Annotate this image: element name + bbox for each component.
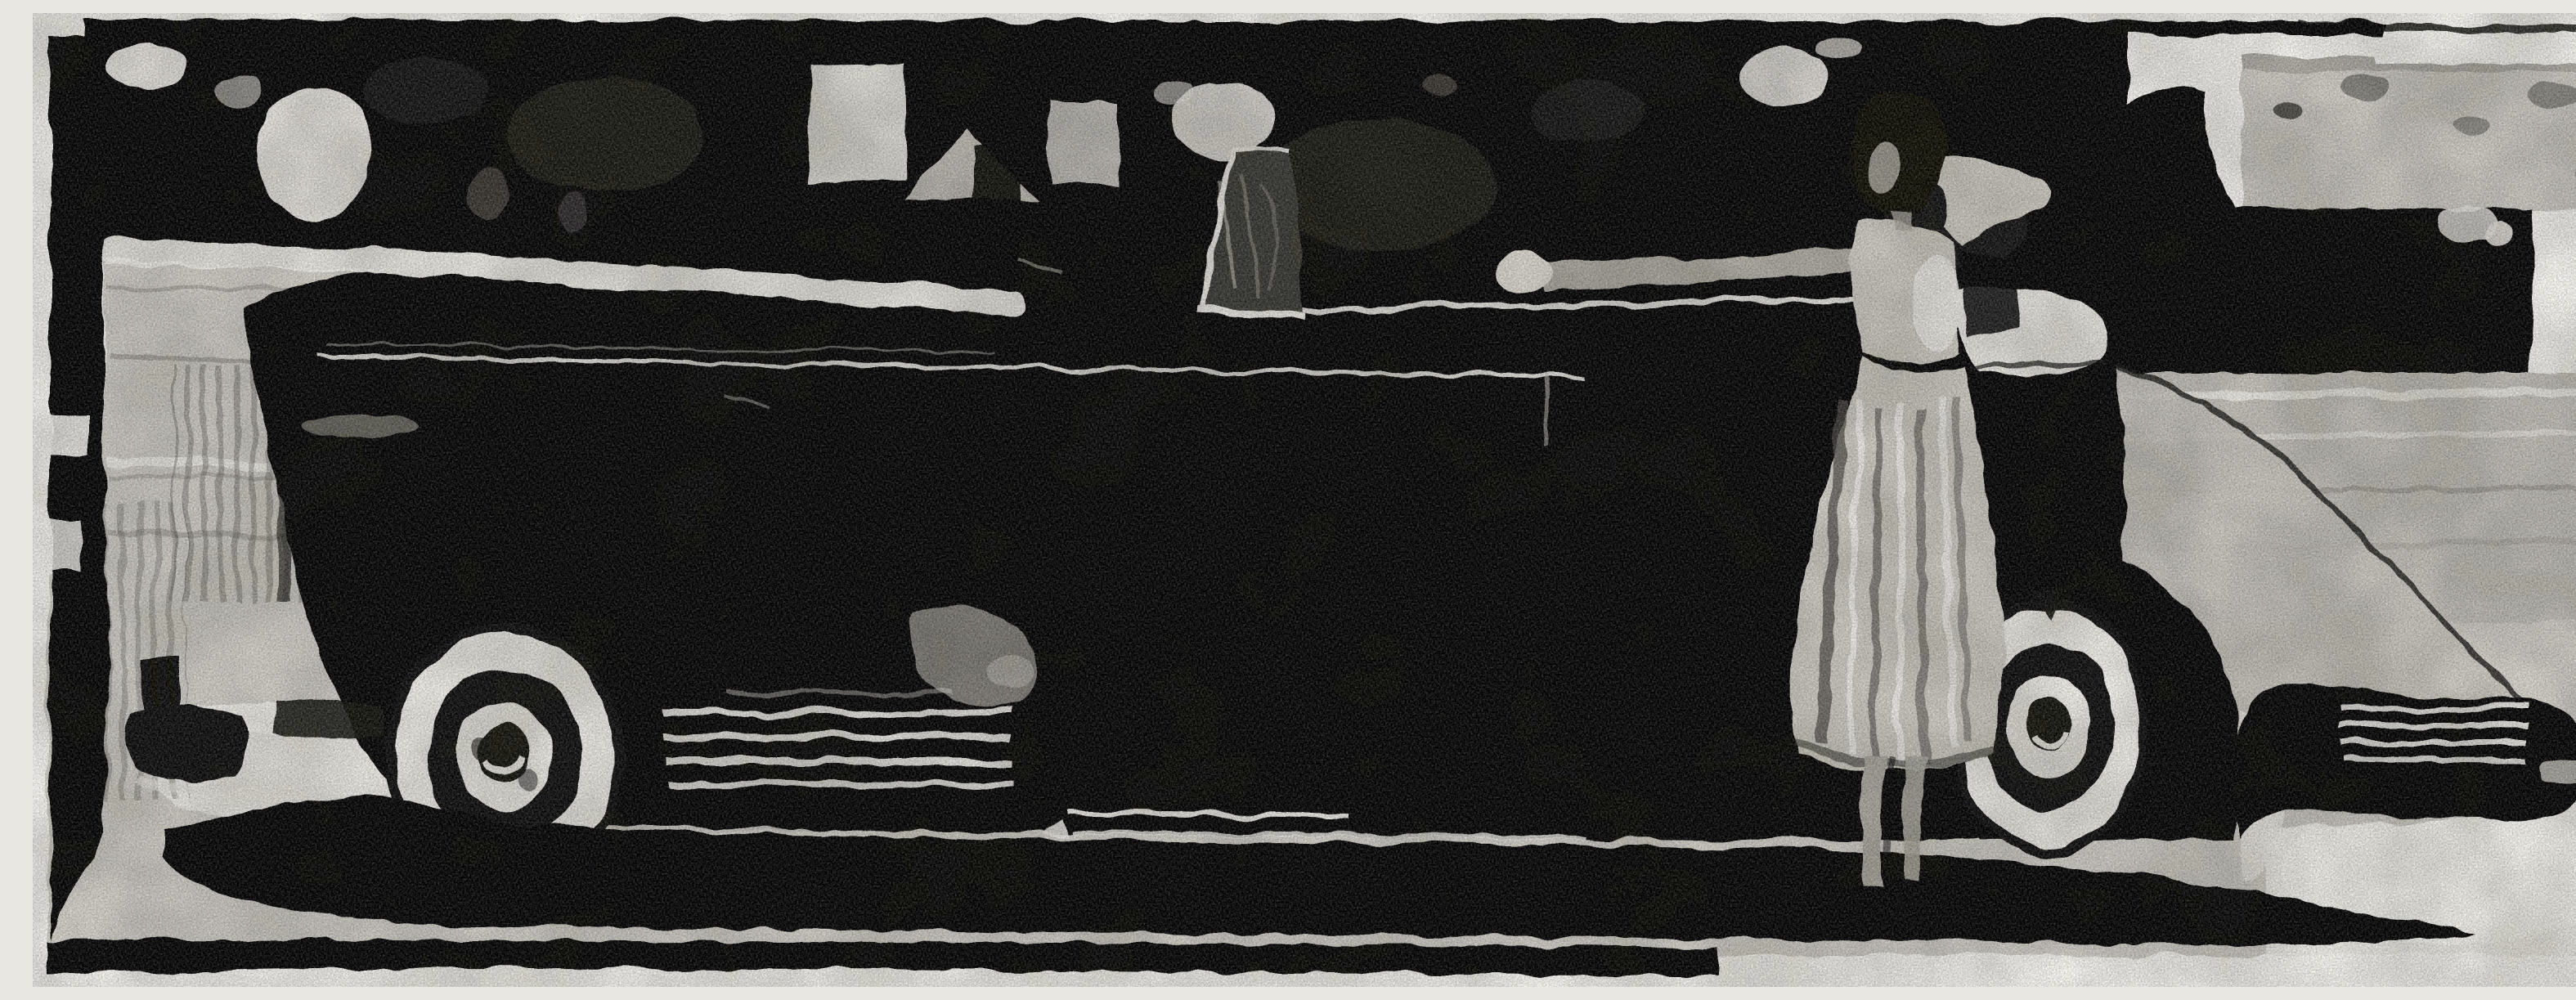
halftone-photo-vintage-convertible	[33, 13, 2576, 987]
film-grain-light-overlay	[33, 13, 2576, 987]
photo-canvas	[33, 13, 2576, 987]
